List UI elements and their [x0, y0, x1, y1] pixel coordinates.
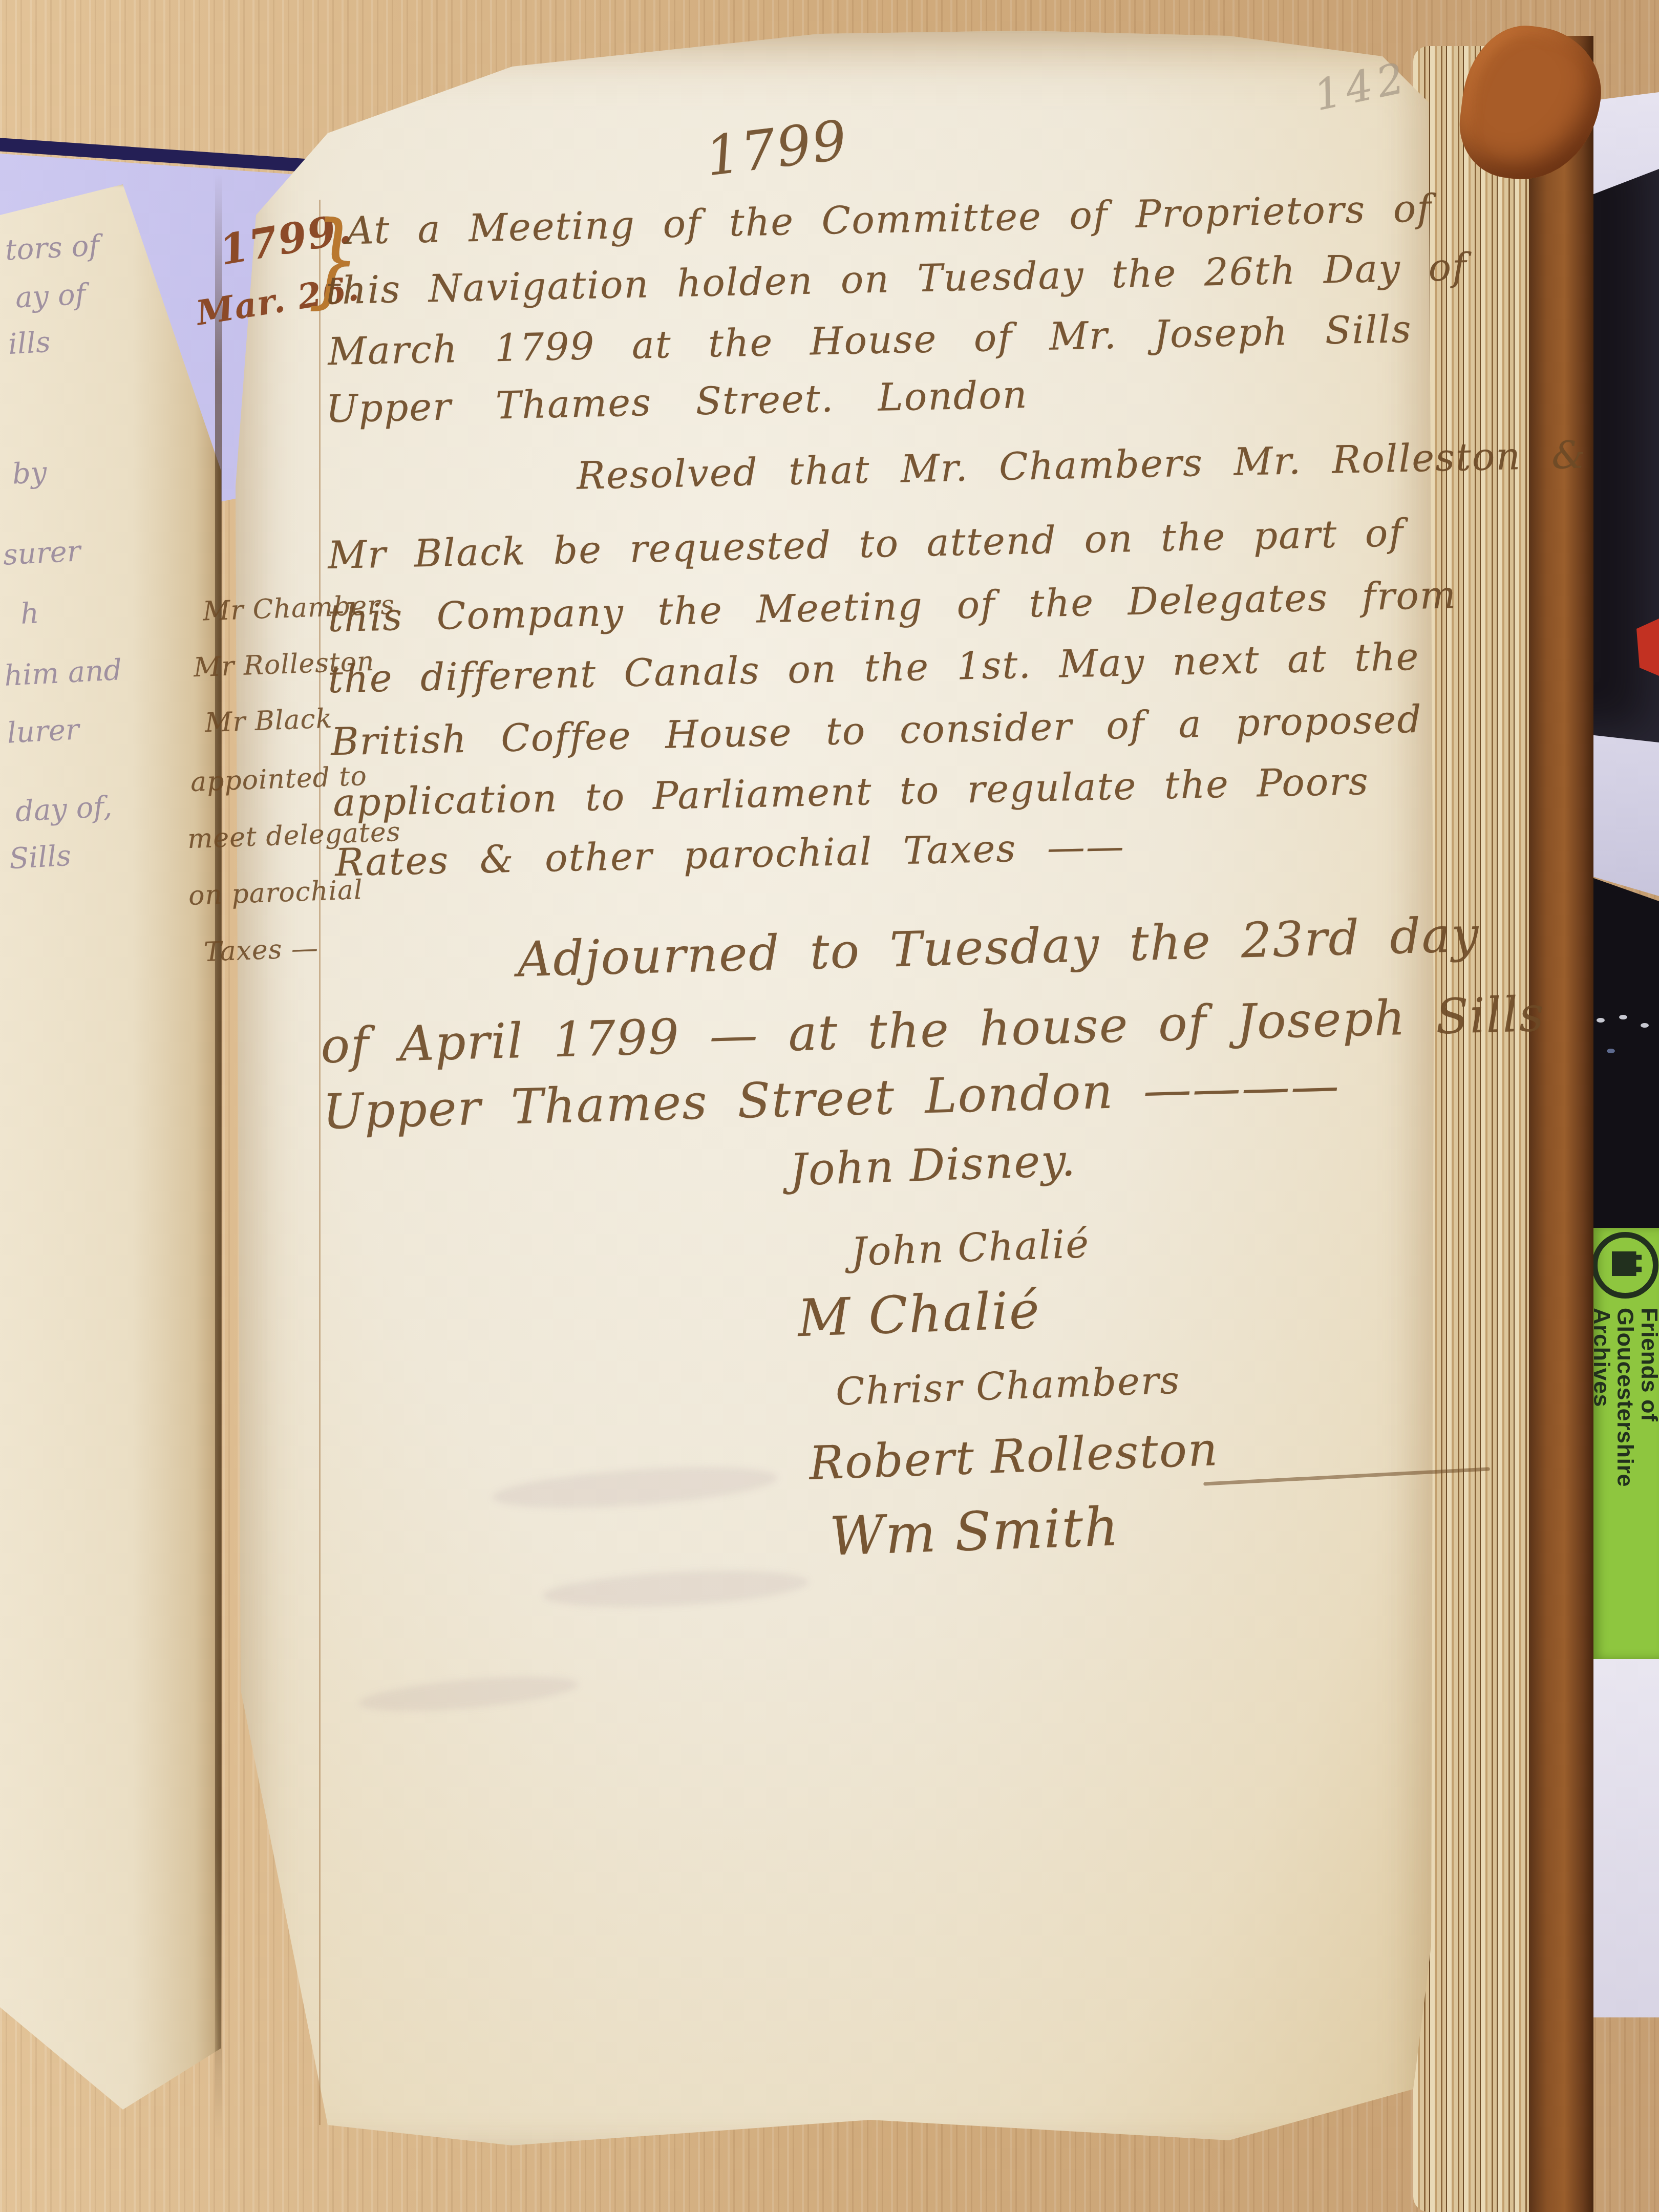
signature: M Chalié — [797, 1280, 1041, 1348]
margin-note-line: Mr Black — [204, 704, 333, 739]
reflection-highlight — [1641, 1023, 1649, 1028]
left-page-fragment: surer — [2, 535, 81, 572]
left-page-fragment: lurer — [6, 713, 80, 750]
reflection-highlight — [1607, 1049, 1615, 1053]
book-spine — [1529, 36, 1593, 2212]
archival-photo-minute-book: { "page": { "number_pencil": "142", "yea… — [0, 0, 1659, 2212]
margin-note-line: Mr Rolleston — [193, 646, 375, 683]
signature: Wm Smith — [828, 1495, 1120, 1568]
label-text-line: Gloucestershire — [1613, 1308, 1637, 1487]
left-page-fragment: tors of — [4, 229, 100, 267]
reflection-highlight — [1619, 1015, 1627, 1019]
left-page-fragment: him and — [3, 653, 122, 693]
left-page-fragment: day of, — [14, 790, 113, 828]
left-page-fragment: by — [11, 456, 48, 491]
margin-note-line: appointed to — [190, 761, 368, 798]
label-text-line: Friends of — [1637, 1308, 1659, 1487]
left-page-fragment: Sills — [8, 839, 72, 876]
signature: John Disney. — [789, 1135, 1077, 1196]
label-text-line: Archives — [1591, 1308, 1613, 1487]
signature: John Chalié — [850, 1221, 1091, 1274]
left-page-fragment: h — [19, 597, 39, 631]
book-gutter — [215, 174, 222, 2140]
archives-label-content: Friends of Gloucestershire Archives — [1591, 1228, 1659, 1659]
archives-logo-icon — [1592, 1232, 1658, 1299]
reflection-highlight — [1597, 1018, 1605, 1023]
margin-note-line: on parochial — [188, 875, 364, 911]
margin-note-line: Taxes — — [203, 933, 319, 968]
left-page-fragment: ay of — [14, 278, 86, 314]
archives-label: Friends of Gloucestershire Archives — [1591, 1228, 1659, 1659]
margin-rule — [319, 200, 321, 2125]
left-page-fragment: ills — [7, 326, 51, 361]
castle-icon — [1612, 1251, 1642, 1276]
